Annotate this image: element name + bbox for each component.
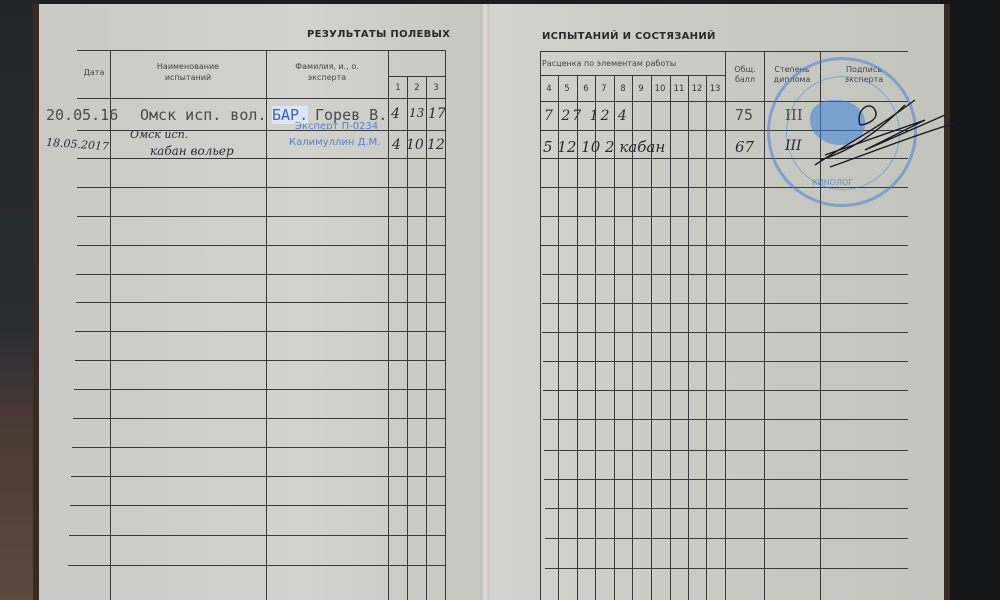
header-col-6: 6 <box>577 84 595 94</box>
expert-signature-icon <box>805 95 955 175</box>
row1-degree: III <box>785 106 803 124</box>
row2-col2: 10 <box>406 137 424 153</box>
row1-date: 20.05.16 <box>46 106 118 124</box>
header-expert-line2: эксперта <box>268 73 386 83</box>
header-total-line2: балл <box>727 75 763 85</box>
row2-test-name-line1: Омск исп. <box>130 128 188 141</box>
header-col-11: 11 <box>670 84 688 94</box>
header-expert-line1: Фамилия, и., о. <box>268 62 386 72</box>
row1-test-name: Омск исп. вол. <box>140 106 266 124</box>
page-title-left: РЕЗУЛЬТАТЫ ПОЛЕВЫХ <box>307 29 450 40</box>
row2-test-name-line2: кабан вольер <box>150 144 234 158</box>
row2-expert-stamp-line1: Эксперт П-0234 <box>295 121 378 132</box>
row1-col3: 17 <box>428 106 446 122</box>
header-date: Дата <box>78 68 110 78</box>
row1-col1: 4 <box>391 106 400 122</box>
page-title-right: ИСПЫТАНИЙ И СОСТЯЗАНИЙ <box>542 31 716 42</box>
header-test-name-line2: испытаний <box>112 73 264 83</box>
header-col-9: 9 <box>632 84 650 94</box>
row2-ratings: 5 12 10 2 кабан <box>543 138 665 156</box>
row2-total: 67 <box>735 138 754 156</box>
book-spine <box>480 4 490 600</box>
header-col-10: 10 <box>651 84 669 94</box>
header-test-name-line1: Наименование <box>112 62 264 72</box>
row2-expert-stamp-line2: Калимуллин Д.М. <box>289 137 380 148</box>
header-col-8: 8 <box>614 84 632 94</box>
header-total-line1: Общ. <box>727 65 763 75</box>
header-col-7: 7 <box>595 84 613 94</box>
row2-col3: 12 <box>427 137 445 153</box>
header-col-13: 13 <box>706 84 724 94</box>
row1-total: 75 <box>735 106 753 124</box>
header-col-2: 2 <box>408 83 426 93</box>
header-col-4: 4 <box>540 84 558 94</box>
header-col-1: 1 <box>389 83 407 93</box>
header-col-3: 3 <box>427 83 445 93</box>
row1-col2: 13 <box>409 106 424 120</box>
row2-col1: 4 <box>392 137 401 153</box>
header-col-12: 12 <box>688 84 706 94</box>
header-col-5: 5 <box>558 84 576 94</box>
row1-ratings: 7 27 12 4 <box>544 108 629 124</box>
stamp-text-bottom: КИНОЛОГ <box>812 178 853 187</box>
header-rating: Расценка по элементам работы <box>542 59 724 69</box>
row2-degree: III <box>785 138 802 154</box>
